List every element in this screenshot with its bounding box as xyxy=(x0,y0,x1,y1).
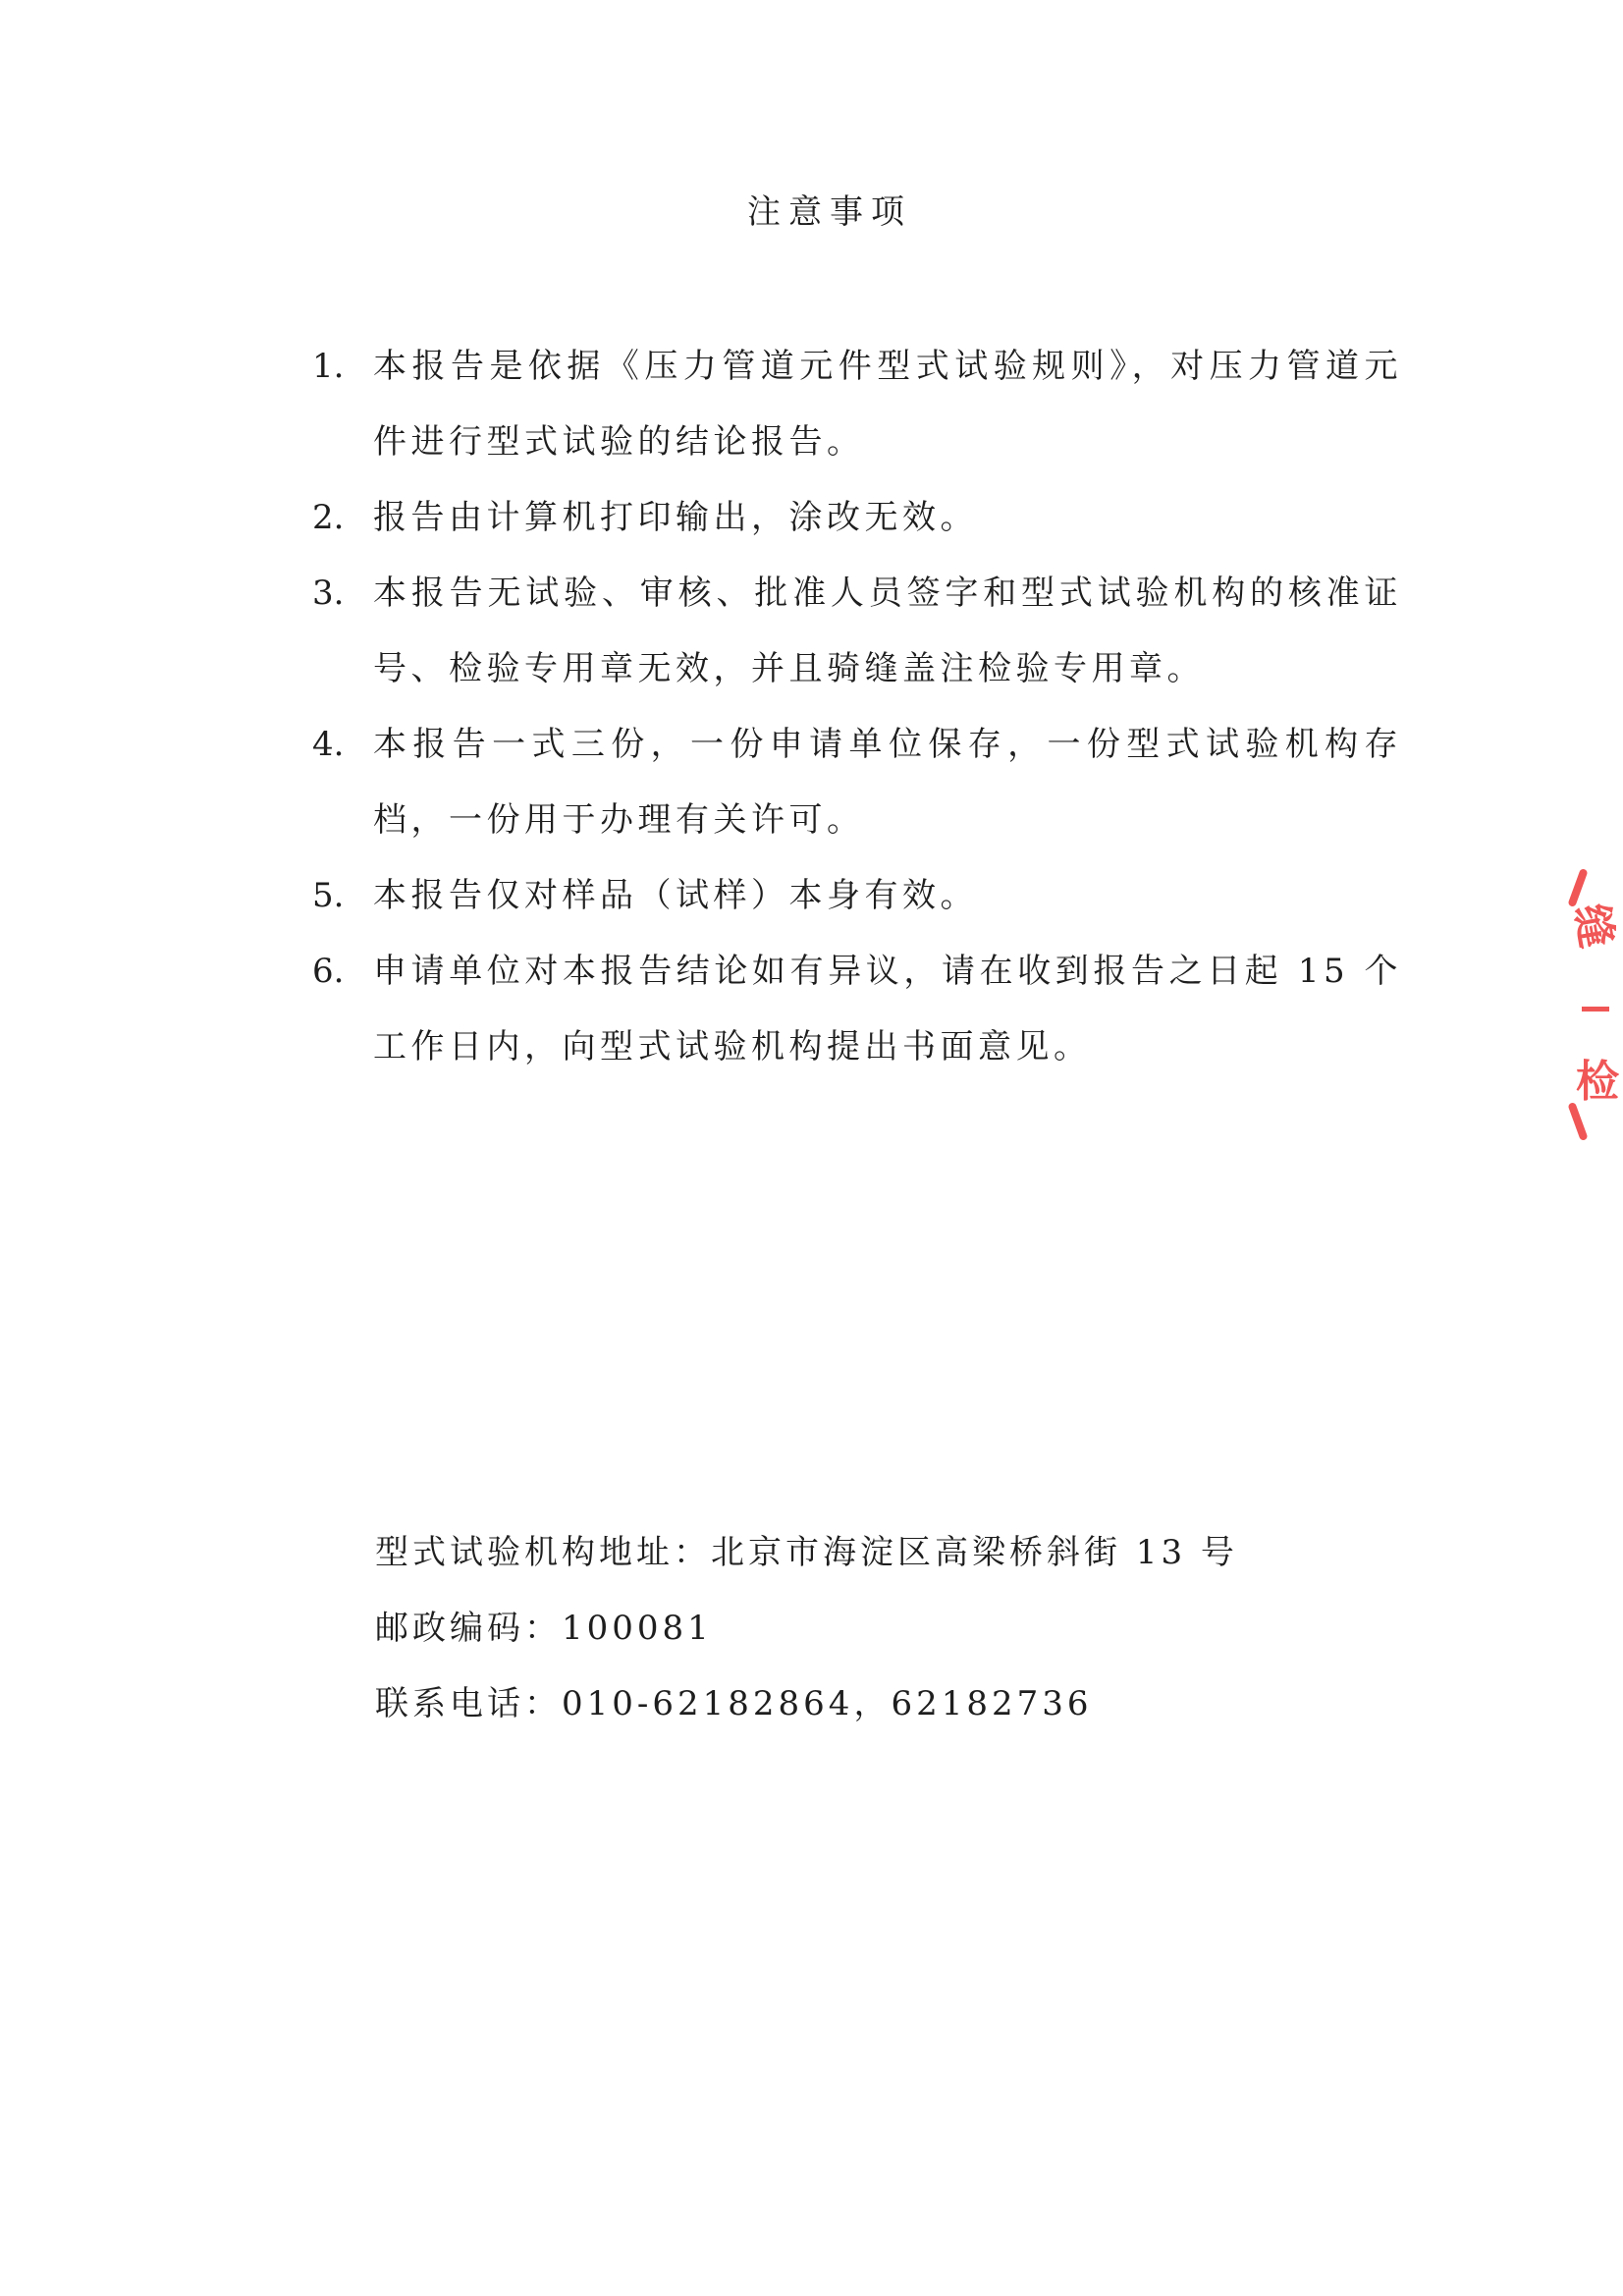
note-number: 4. xyxy=(312,707,373,858)
note-item: 5. 本报告仅对样品（试样）本身有效。 xyxy=(312,858,1402,934)
contact-block: 型式试验机构地址：北京市海淀区高梁桥斜街 13 号 邮政编码：100081 联系… xyxy=(375,1515,1238,1742)
note-number: 2. xyxy=(312,480,373,556)
note-text: 报告由计算机打印输出，涂改无效。 xyxy=(373,480,1402,556)
page-title: 注意事项 xyxy=(0,185,1623,233)
stamp-char: 检 xyxy=(1576,1046,1619,1109)
note-item: 2. 报告由计算机打印输出，涂改无效。 xyxy=(312,480,1402,556)
note-item: 1. 本报告是依据《压力管道元件型式试验规则》，对压力管道元件进行型式试验的结论… xyxy=(312,329,1402,480)
note-item: 3. 本报告无试验、审核、批准人员签字和型式试验机构的核准证号、检验专用章无效，… xyxy=(312,556,1402,707)
note-number: 3. xyxy=(312,556,373,707)
seal-stamp: 缝 检 xyxy=(1568,854,1623,1149)
note-text: 本报告一式三份，一份申请单位保存，一份型式试验机构存档，一份用于办理有关许可。 xyxy=(373,707,1402,858)
note-number: 5. xyxy=(312,858,373,934)
note-number: 6. xyxy=(312,934,373,1085)
notes-list: 1. 本报告是依据《压力管道元件型式试验规则》，对压力管道元件进行型式试验的结论… xyxy=(312,329,1402,1085)
postcode-line: 邮政编码：100081 xyxy=(375,1591,1238,1667)
note-text: 申请单位对本报告结论如有异议，请在收到报告之日起 15 个工作日内，向型式试验机… xyxy=(373,934,1402,1085)
stamp-char: 缝 xyxy=(1568,899,1623,952)
note-text: 本报告无试验、审核、批准人员签字和型式试验机构的核准证号、检验专用章无效，并且骑… xyxy=(373,556,1402,707)
note-number: 1. xyxy=(312,329,373,480)
stamp-border-top xyxy=(1568,868,1589,907)
stamp-dash xyxy=(1582,1007,1609,1011)
note-text: 本报告仅对样品（试样）本身有效。 xyxy=(373,858,1402,934)
note-item: 6. 申请单位对本报告结论如有异议，请在收到报告之日起 15 个工作日内，向型式… xyxy=(312,934,1402,1085)
address-line: 型式试验机构地址：北京市海淀区高梁桥斜街 13 号 xyxy=(375,1515,1238,1591)
note-text: 本报告是依据《压力管道元件型式试验规则》，对压力管道元件进行型式试验的结论报告。 xyxy=(373,329,1402,480)
phone-line: 联系电话：010-62182864，62182736 xyxy=(375,1667,1238,1742)
note-item: 4. 本报告一式三份，一份申请单位保存，一份型式试验机构存档，一份用于办理有关许… xyxy=(312,707,1402,858)
